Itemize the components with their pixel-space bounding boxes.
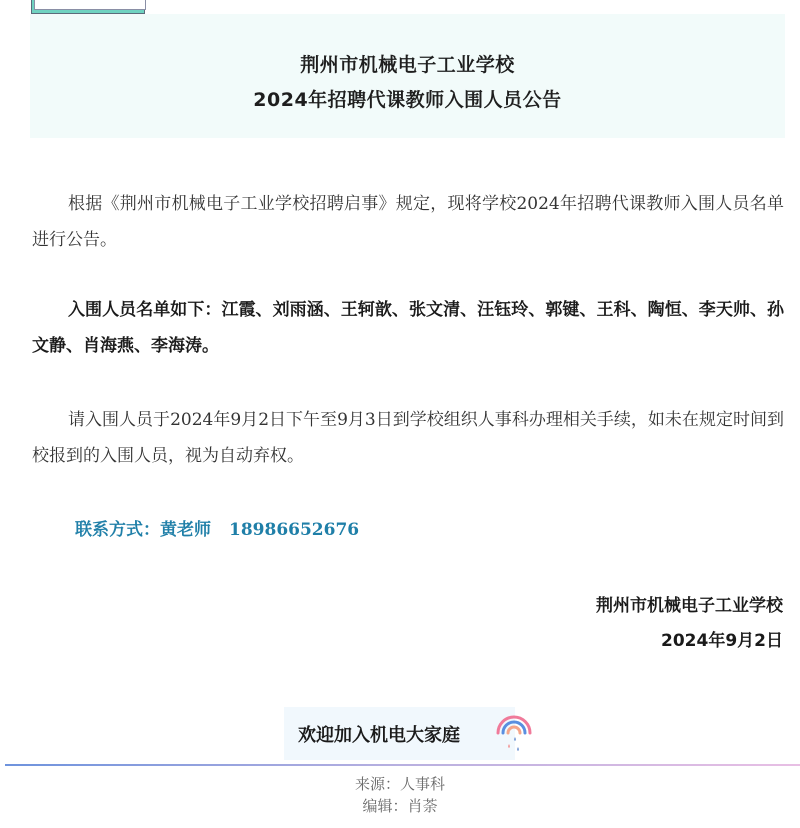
instructions-paragraph: 请入围人员于2024年9月2日下午至9月3日到学校组织人事科办理相关手续，如未在… — [32, 402, 784, 474]
signature-date: 2024年9月2日 — [661, 626, 783, 651]
announcement-title: 2024年招聘代课教师入围人员公告 — [30, 85, 785, 112]
welcome-banner: 欢迎加入机电大家庭 — [284, 707, 515, 760]
welcome-text: 欢迎加入机电大家庭 — [298, 721, 460, 747]
intro-paragraph: 根据《荆州市机械电子工业学校招聘启事》规定，现将学校2024年招聘代课教师入围人… — [32, 186, 784, 258]
footer-divider — [5, 764, 800, 766]
contact-info: 联系方式：黄老师18986652676 — [75, 515, 359, 540]
footer-editor: 编辑：肖荼 — [0, 795, 800, 816]
header-decoration — [31, 0, 145, 14]
signature-organization: 荆州市机械电子工业学校 — [596, 591, 783, 616]
footer-source: 来源：人事科 — [0, 773, 800, 794]
contact-label: 联系方式：黄老师 — [75, 520, 211, 540]
decoration-white-card — [34, 0, 146, 10]
shortlist-paragraph: 入围人员名单如下：江霞、刘雨涵、王轲歆、张文清、汪钰玲、郭键、王科、陶恒、李天帅… — [32, 292, 784, 364]
school-name-title: 荆州市机械电子工业学校 — [30, 50, 785, 77]
contact-phone: 18986652676 — [229, 520, 359, 540]
rainbow-icon — [494, 711, 534, 759]
announcement-header: 荆州市机械电子工业学校 2024年招聘代课教师入围人员公告 — [30, 14, 785, 138]
